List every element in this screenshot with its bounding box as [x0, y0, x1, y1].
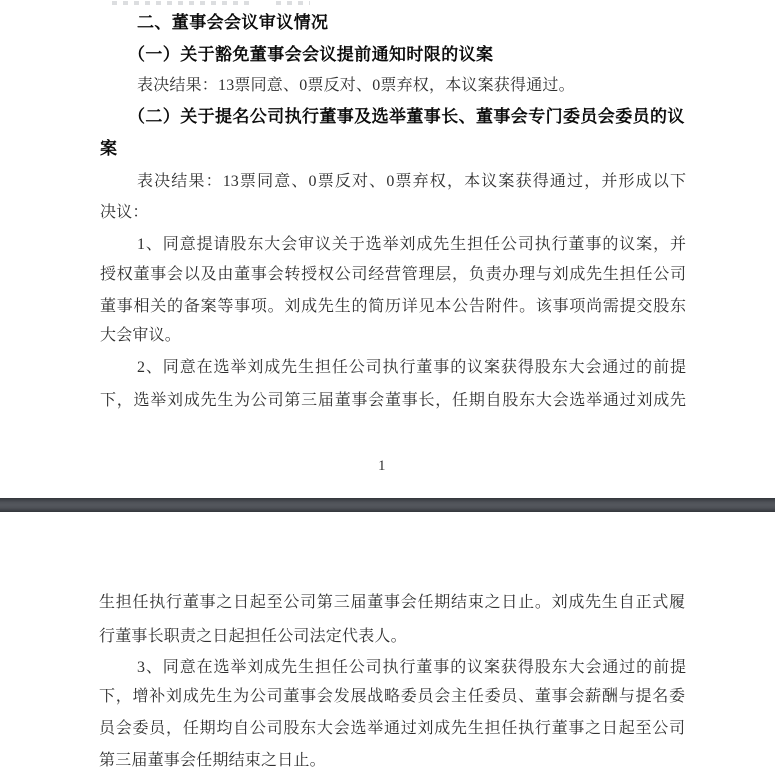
- resolution-2-line1: 2、同意在选举刘成先生担任公司执行董事的议案获得股东大会通过的前提: [137, 358, 686, 378]
- document-viewport: { "document": { "page1": { "section_head…: [0, 0, 775, 778]
- resolution-1-line2: 授权董事会以及由董事会转授权公司经营管理层，负责办理与刘成先生担任公司: [100, 265, 686, 285]
- agenda-item-1-vote-result: 表决结果：13票同意、0票反对、0票弃权，本议案获得通过。: [137, 76, 575, 96]
- resolution-1-line1: 1、同意提请股东大会审议关于选举刘成先生担任公司执行董事的议案，并: [137, 235, 686, 255]
- page-separator: [0, 498, 775, 512]
- agenda-item-2-vote-result-line2: 决议：: [100, 203, 149, 223]
- resolution-3-line3: 员会委员，任期均自公司股东大会选举通过刘成先生担任执行董事之日起至公司: [99, 719, 685, 739]
- page-2: 生担任执行董事之日起至公司第三届董事会任期结束之日止。刘成先生自正式履 行董事长…: [0, 512, 775, 778]
- resolution-1-line3: 董事相关的备案等事项。刘成先生的简历详见本公告附件。该事项尚需提交股东: [100, 297, 686, 317]
- resolution-1-line4: 大会审议。: [100, 326, 181, 346]
- resolution-3-line1: 3、同意在选举刘成先生担任公司执行董事的议案获得股东大会通过的前提: [137, 658, 686, 678]
- resolution-2-continued-line1: 生担任执行董事之日起至公司第三届董事会任期结束之日止。刘成先生自正式履: [99, 593, 685, 613]
- clipped-text-remnant: [276, 1, 310, 5]
- page-1: 二、董事会会议审议情况 （一）关于豁免董事会会议提前通知时限的议案 表决结果：1…: [0, 0, 775, 498]
- page-number: 1: [378, 458, 386, 475]
- resolution-2-continued-line2: 行董事长职责之日起担任公司法定代表人。: [99, 627, 407, 647]
- resolution-3-line2: 下，增补刘成先生为公司董事会发展战略委员会主任委员、董事会薪酬与提名委: [99, 687, 685, 707]
- agenda-item-2-heading-line2: 案: [100, 139, 117, 159]
- agenda-item-2-heading-line1: （二）关于提名公司执行董事及选举董事长、董事会专门委员会委员的议: [128, 107, 685, 127]
- resolution-2-line2: 下，选举刘成先生为公司第三届董事会董事长，任期自股东大会选举通过刘成先: [100, 391, 686, 411]
- clipped-text-remnant: [112, 1, 252, 5]
- agenda-item-2-vote-result-line1: 表决结果：13票同意、0票反对、0票弃权，本议案获得通过，并形成以下: [137, 172, 686, 192]
- agenda-item-1-heading: （一）关于豁免董事会会议提前通知时限的议案: [128, 45, 493, 65]
- section-heading: 二、董事会会议审议情况: [137, 13, 328, 33]
- resolution-3-line4: 第三届董事会任期结束之日止。: [99, 751, 326, 771]
